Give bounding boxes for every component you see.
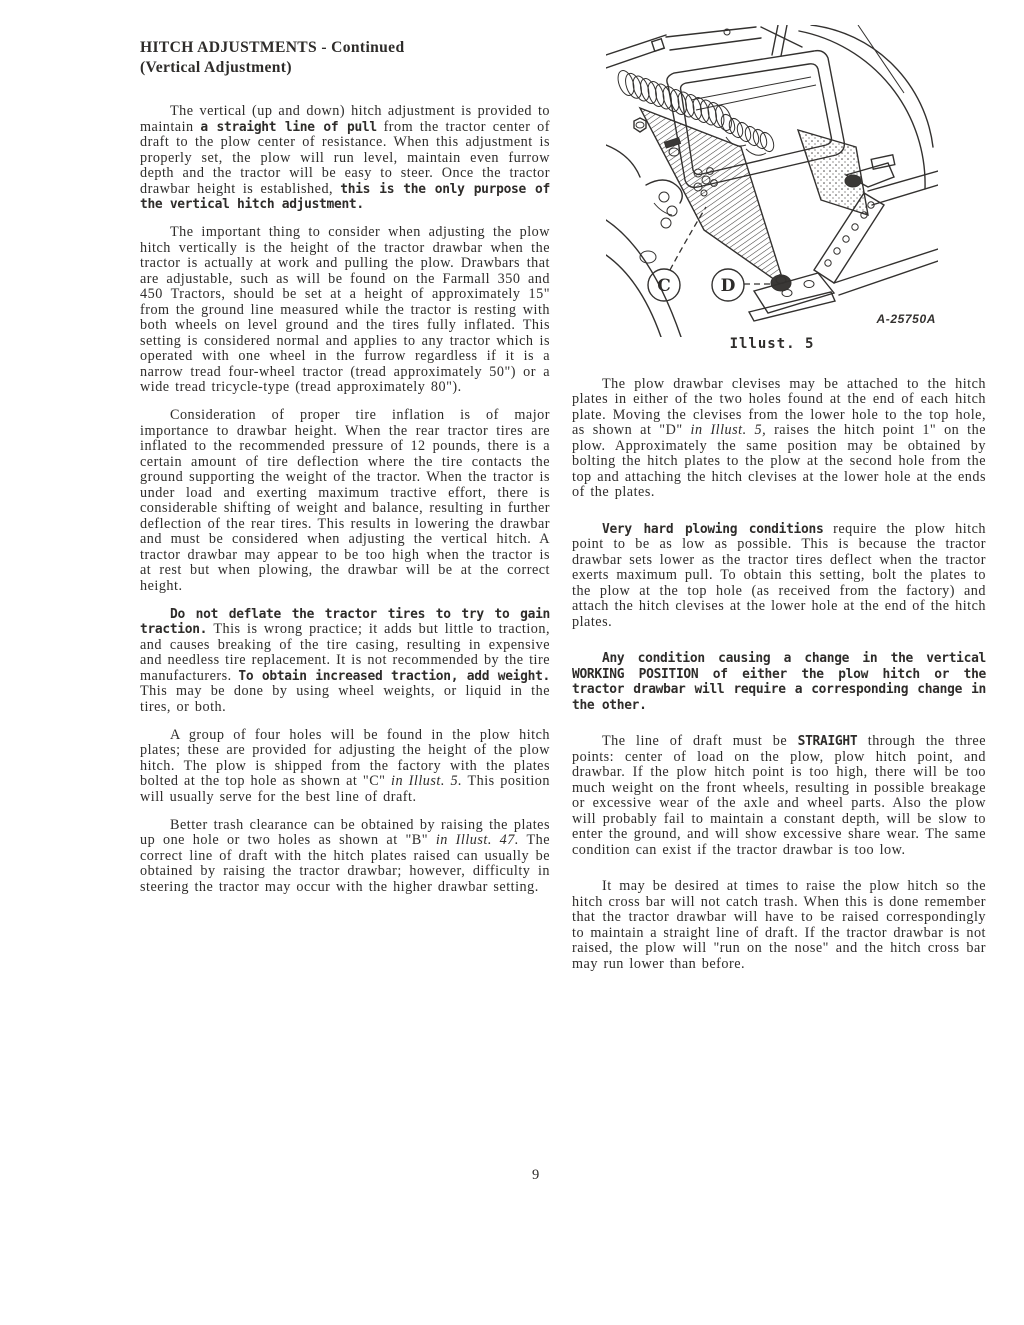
right-column: C D A-25750A Illust. 5 The plow drawbar …	[572, 25, 986, 993]
text-run: through the three points: center of load…	[572, 733, 986, 858]
section-title: HITCH ADJUSTMENTS - Continued	[140, 38, 550, 58]
text-run: Any condition causing a change in the ve…	[572, 651, 986, 713]
paragraph-do-not-deflate: Do not deflate the tractor tires to try …	[140, 607, 550, 716]
foot-plate	[749, 273, 835, 321]
paragraph-raise-plow-hitch: It may be desired at times to raise the …	[572, 879, 986, 972]
text-run: This may be done by using wheel weights,…	[140, 683, 550, 715]
text-run: To obtain increased traction, add weight…	[238, 669, 550, 684]
callout-c: C	[648, 207, 706, 301]
text-run: The important thing to consider when adj…	[140, 224, 550, 395]
section-header: HITCH ADJUSTMENTS - Continued (Vertical …	[140, 38, 550, 77]
paragraph-tire-inflation: Consideration of proper tire inflation i…	[140, 408, 550, 594]
text-run: in Illust. 5,	[691, 422, 767, 438]
paragraph-drawbar-height: The important thing to consider when adj…	[140, 225, 550, 396]
hitch-plate-illustration: C D	[606, 25, 938, 337]
upper-linkage-lines	[606, 25, 802, 68]
paragraph-clevis-attachment: The plow drawbar clevises may be attache…	[572, 377, 986, 501]
text-run: The line of draft must be	[602, 733, 798, 749]
illustration-caption: Illust. 5	[606, 337, 938, 353]
callout-d: D	[712, 269, 770, 301]
text-run: Consideration of proper tire inflation i…	[140, 407, 550, 594]
text-run: Very hard plowing conditions	[602, 522, 823, 537]
text-run: It may be desired at times to raise the …	[572, 878, 986, 972]
text-run: a straight line of pull	[200, 120, 376, 135]
page-number: 9	[532, 1167, 540, 1184]
svg-text:C: C	[657, 276, 671, 296]
front-hitch-plate	[640, 108, 785, 287]
illustration-figure: C D A-25750A	[606, 25, 938, 337]
paragraph-hard-plowing: Very hard plowing conditions require the…	[572, 522, 986, 631]
text-run: in Illust. 5.	[391, 773, 462, 789]
paragraph-four-holes: A group of four holes will be found in t…	[140, 728, 550, 806]
left-column: HITCH ADJUSTMENTS - Continued (Vertical …	[140, 38, 550, 908]
paragraph-trash-clearance: Better trash clearance can be obtained b…	[140, 818, 550, 896]
text-run: STRAIGHT	[798, 734, 858, 749]
svg-text:D: D	[721, 276, 736, 296]
tractor-body-curves	[606, 145, 682, 337]
manual-page: HITCH ADJUSTMENTS - Continued (Vertical …	[0, 0, 1024, 1325]
text-run: require the plow hitch point to be as lo…	[572, 521, 986, 630]
paragraph-working-position: Any condition causing a change in the ve…	[572, 651, 986, 713]
text-run: in Illust. 47.	[436, 832, 519, 848]
illustration-ref-number: A-25750A	[877, 312, 937, 328]
paragraph-line-of-draft: The line of draft must be STRAIGHT throu…	[572, 734, 986, 858]
paragraph-vertical-adjustment-purpose: The vertical (up and down) hitch adjustm…	[140, 104, 550, 213]
section-subtitle: (Vertical Adjustment)	[140, 58, 550, 78]
